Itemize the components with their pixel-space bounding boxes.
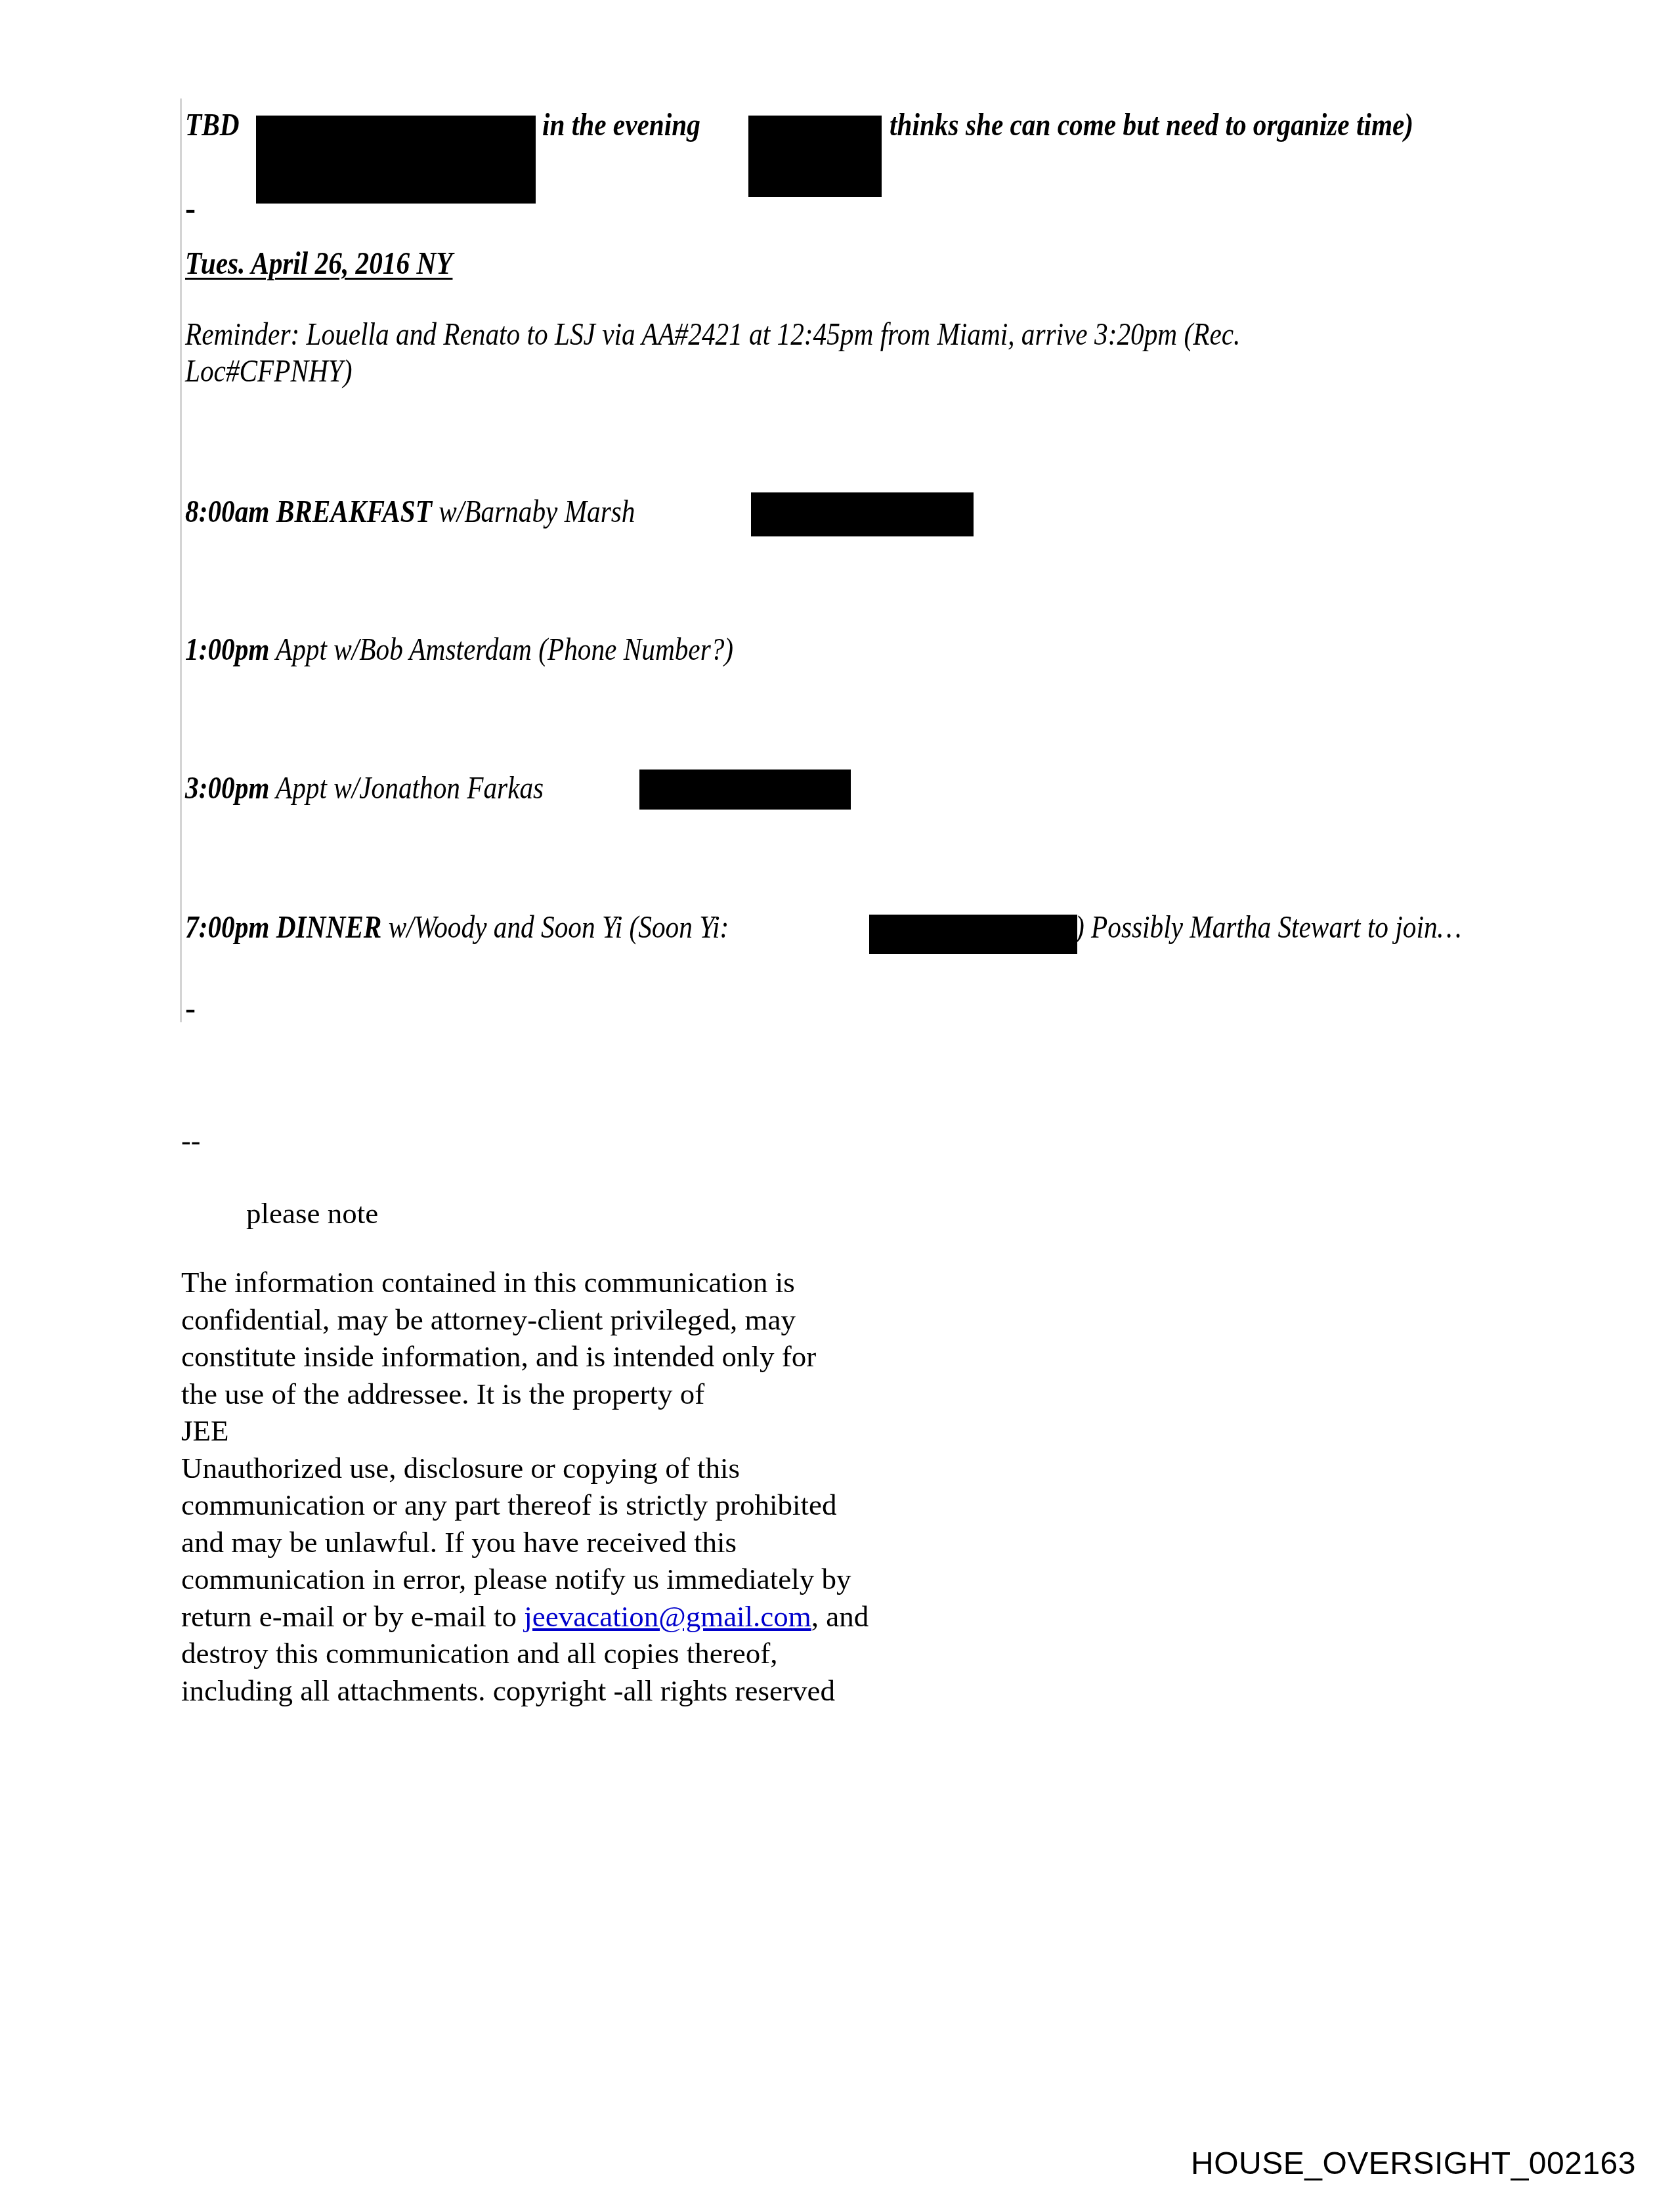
disclaimer-line: the use of the addressee. It is the prop… bbox=[181, 1376, 1035, 1413]
tbd-line: TBD bbox=[185, 107, 240, 144]
schedule-item-amsterdam: 1:00pm Appt w/Bob Amsterdam (Phone Numbe… bbox=[185, 632, 733, 668]
disclaimer-line: confidential, may be attorney-client pri… bbox=[181, 1301, 1035, 1339]
redaction-box bbox=[748, 116, 882, 197]
disclaimer-line: destroy this communication and all copie… bbox=[181, 1635, 1035, 1672]
confidentiality-disclaimer: The information contained in this commun… bbox=[181, 1264, 1035, 1709]
reminder-line-1: Reminder: Louella and Renato to LSJ via … bbox=[185, 316, 1240, 353]
disclaimer-line: Unauthorized use, disclosure or copying … bbox=[181, 1450, 1035, 1487]
disclaimer-line: JEE bbox=[181, 1412, 1035, 1450]
disclaimer-line: communication in error, please notify us… bbox=[181, 1561, 1035, 1598]
schedule-time: 3:00pm bbox=[185, 771, 269, 806]
schedule-trailing: ) Possibly Martha Stewart to join… bbox=[1075, 909, 1461, 946]
email-link[interactable]: jeevacation@gmail.com bbox=[524, 1600, 811, 1633]
schedule-item-farkas: 3:00pm Appt w/Jonathon Farkas bbox=[185, 770, 544, 807]
disclaimer-line: The information contained in this commun… bbox=[181, 1264, 1035, 1301]
bates-number: HOUSE_OVERSIGHT_002163 bbox=[1191, 2146, 1636, 2182]
redaction-box bbox=[751, 492, 974, 536]
disclaimer-line: including all attachments. copyright -al… bbox=[181, 1672, 1035, 1710]
signature-separator: -- bbox=[181, 1123, 200, 1160]
redaction-box bbox=[639, 770, 851, 810]
tbd-suffix: thinks she can come but need to organize… bbox=[890, 107, 1413, 144]
disclaimer-line: constitute inside information, and is in… bbox=[181, 1338, 1035, 1376]
disclaimer-line: and may be unlawful. If you have receive… bbox=[181, 1524, 1035, 1561]
tbd-middle: in the evening bbox=[542, 107, 700, 144]
schedule-item-breakfast: 8:00am BREAKFAST w/Barnaby Marsh bbox=[185, 494, 635, 531]
please-note: please note bbox=[246, 1195, 378, 1232]
date-heading: Tues. April 26, 2016 NY bbox=[185, 246, 452, 282]
schedule-item-dinner: 7:00pm DINNER w/Woody and Soon Yi (Soon … bbox=[185, 909, 729, 946]
disclaimer-email-line: return e-mail or by e-mail to jeevacatio… bbox=[181, 1598, 1035, 1636]
schedule-time: 7:00pm bbox=[185, 910, 269, 945]
schedule-time: 1:00pm bbox=[185, 632, 269, 667]
separator-dash: - bbox=[185, 190, 196, 227]
schedule-event: BREAKFAST bbox=[276, 494, 432, 529]
email-line-suffix: , and bbox=[811, 1600, 869, 1633]
redaction-box bbox=[869, 915, 1077, 954]
email-line-prefix: return e-mail or by e-mail to bbox=[181, 1600, 524, 1633]
reminder-line-2: Loc#CFPNHY) bbox=[185, 353, 353, 390]
schedule-event: DINNER bbox=[276, 910, 382, 945]
schedule-detail: Appt w/Bob Amsterdam (Phone Number?) bbox=[276, 632, 733, 667]
redaction-box bbox=[256, 116, 536, 204]
disclaimer-line: communication or any part thereof is str… bbox=[181, 1486, 1035, 1524]
tbd-prefix: TBD bbox=[185, 108, 240, 142]
separator-dash: - bbox=[185, 990, 196, 1027]
schedule-detail: w/Barnaby Marsh bbox=[439, 494, 635, 529]
schedule-detail: w/Woody and Soon Yi (Soon Yi: bbox=[389, 910, 729, 945]
schedule-detail: Appt w/Jonathon Farkas bbox=[276, 771, 544, 806]
schedule-time: 8:00am bbox=[185, 494, 269, 529]
quoted-text-bar bbox=[180, 98, 182, 1022]
